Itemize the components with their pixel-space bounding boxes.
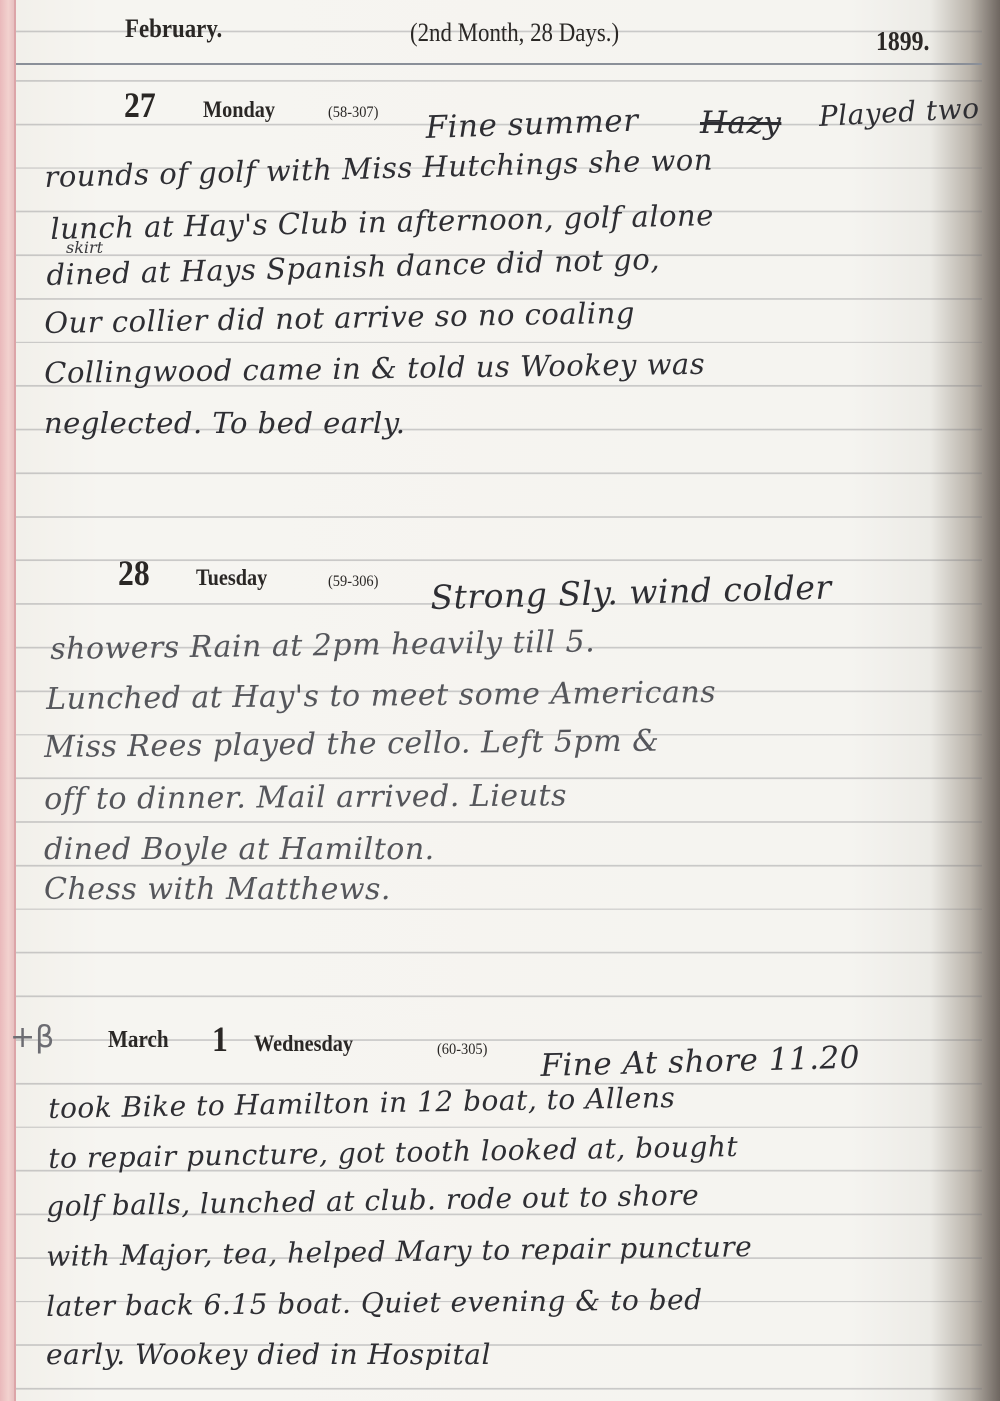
handwritten-line: Lunched at Hay's to meet some Americans bbox=[46, 675, 716, 717]
struck-word: Hazy bbox=[700, 105, 781, 141]
month-label: March bbox=[108, 1027, 169, 1054]
header-rule bbox=[16, 63, 982, 65]
insertion-note: skirt bbox=[66, 238, 103, 257]
handwritten-line: Chess with Matthews. bbox=[44, 872, 391, 907]
day-number: 1 bbox=[212, 1018, 228, 1060]
header-month: February. bbox=[125, 14, 222, 44]
page-edge-left bbox=[0, 0, 14, 1401]
day-number: 27 bbox=[124, 84, 156, 126]
weekday: Wednesday bbox=[254, 1031, 353, 1057]
handwritten-line: Fine summer bbox=[425, 103, 639, 146]
header-description: (2nd Month, 28 Days.) bbox=[410, 18, 619, 48]
margin-annotation: +β bbox=[10, 1020, 54, 1055]
weekday: Tuesday bbox=[196, 565, 267, 591]
handwritten-line: off to dinner. Mail arrived. Lieuts bbox=[44, 778, 567, 817]
day-count: (58-307) bbox=[328, 104, 378, 122]
day-number: 28 bbox=[118, 552, 150, 594]
weekday: Monday bbox=[203, 97, 275, 123]
header-year: 1899. bbox=[876, 26, 929, 57]
handwritten-line: neglected. To bed early. bbox=[44, 406, 406, 440]
day-count: (60-305) bbox=[437, 1041, 487, 1059]
diary-page: February. (2nd Month, 28 Days.) 1899. 27… bbox=[0, 0, 1000, 1401]
day-count: (59-306) bbox=[328, 573, 378, 591]
handwritten-line: Miss Rees played the cello. Left 5pm & bbox=[44, 724, 660, 765]
handwritten-line: dined Boyle at Hamilton. bbox=[44, 832, 435, 867]
handwritten-line: early. Wookey died in Hospital bbox=[46, 1338, 491, 1371]
handwritten-line: later back 6.15 boat. Quiet evening & to… bbox=[46, 1283, 703, 1323]
